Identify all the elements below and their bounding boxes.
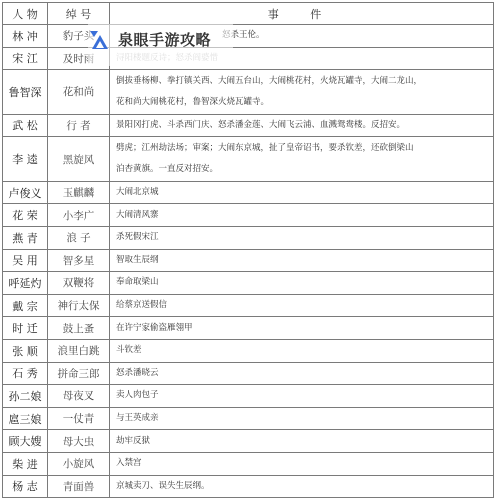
event-line: 入禁宫: [116, 453, 493, 474]
table-row: 吴 用 智多星 智取生辰纲: [3, 249, 494, 272]
character-name: 扈三娘: [3, 407, 48, 430]
table-row: 石 秀 拼命三郎 怒杀潘晓云: [3, 362, 494, 385]
event-line: 京城卖刀、误失生辰纲。: [116, 476, 493, 497]
character-name: 李 逵: [3, 137, 48, 182]
character-nickname: 智多星: [48, 249, 110, 272]
character-nickname: 神行太保: [48, 294, 110, 317]
character-name: 顾大嫂: [3, 430, 48, 453]
character-name: 林 冲: [3, 25, 48, 48]
character-name: 石 秀: [3, 362, 48, 385]
character-name: 时 迁: [3, 317, 48, 340]
document-page: 人 物 绰 号 事 件 林 冲 豹子头 怒杀王伦。 宋 江 及时雨 浔阳楼题反诗…: [2, 2, 493, 498]
table-row: 杨 志 青面兽 京城卖刀、误失生辰纲。: [3, 475, 494, 498]
character-nickname: 母大虫: [48, 430, 110, 453]
character-name: 鲁智深: [3, 70, 48, 115]
character-events: 杀死假宋江: [110, 226, 494, 249]
event-line: 怒杀潘晓云: [116, 363, 493, 384]
character-nickname: 双鞭将: [48, 272, 110, 295]
watermark-text: 泉眼手游攻略: [118, 29, 211, 50]
character-nickname: 浪里白跳: [48, 339, 110, 362]
event-line: 在许宁家偷盗雁翎甲: [116, 318, 493, 339]
event-line: 劈虎；江州劫法场；审案；大闹东京城，扯了皇帝诏书，要杀钦差，还砍倒梁山: [116, 138, 493, 159]
character-nickname: 黑旋风: [48, 137, 110, 182]
table-row: 柴 进 小旋风 入禁宫: [3, 452, 494, 475]
character-events: 在许宁家偷盗雁翎甲: [110, 317, 494, 340]
character-name: 张 顺: [3, 339, 48, 362]
character-events: 大闹北京城: [110, 181, 494, 204]
table-row: 戴 宗 神行太保 给蔡京送假信: [3, 294, 494, 317]
event-line: 卖人肉包子: [116, 385, 493, 406]
character-events: 入禁宫: [110, 452, 494, 475]
header-events: 事 件: [110, 3, 494, 25]
table-row: 顾大嫂 母大虫 劫牢反狱: [3, 430, 494, 453]
character-nickname: 母夜叉: [48, 385, 110, 408]
character-nickname: 浪 子: [48, 226, 110, 249]
table-row: 呼延灼 双鞭将 奉命取梁山: [3, 272, 494, 295]
character-nickname: 行 者: [48, 114, 110, 137]
table-row: 李 逵 黑旋风 劈虎；江州劫法场；审案；大闹东京城，扯了皇帝诏书，要杀钦差，还砍…: [3, 137, 494, 182]
character-nickname: 一仗青: [48, 407, 110, 430]
event-line: 大闹北京城: [116, 182, 493, 203]
character-events: 大闹清风寨: [110, 204, 494, 227]
table-row: 扈三娘 一仗青 与王英成亲: [3, 407, 494, 430]
event-line: 斗钦差: [116, 340, 493, 361]
character-name: 柴 进: [3, 452, 48, 475]
event-line: 花和尚大闹桃花村，鲁智深火烧瓦罐寺。: [116, 92, 493, 113]
header-character: 人 物: [3, 3, 48, 25]
character-name: 花 荣: [3, 204, 48, 227]
table-row: 卢俊义 玉麒麟 大闹北京城: [3, 181, 494, 204]
character-nickname: 小李广: [48, 204, 110, 227]
character-events: 给蔡京送假信: [110, 294, 494, 317]
event-line: 奉命取梁山: [116, 272, 493, 293]
character-name: 吴 用: [3, 249, 48, 272]
table-row: 时 迁 鼓上蚤 在许宁家偷盗雁翎甲: [3, 317, 494, 340]
triangle-logo-inner-icon: [96, 41, 104, 48]
table-row: 张 顺 浪里白跳 斗钦差: [3, 339, 494, 362]
character-events: 倒拔垂杨柳、拳打镇关西、大闹五台山，大闹桃花村，火烧瓦罐寺，大闹二龙山， 花和尚…: [110, 70, 494, 115]
header-nickname: 绰 号: [48, 3, 110, 25]
character-nickname: 拼命三郎: [48, 362, 110, 385]
event-line: 给蔡京送假信: [116, 295, 493, 316]
table-row: 花 荣 小李广 大闹清风寨: [3, 204, 494, 227]
table-row: 林 冲 豹子头 怒杀王伦。: [3, 25, 494, 48]
character-events: 怒杀潘晓云: [110, 362, 494, 385]
character-name: 宋 江: [3, 47, 48, 70]
character-name: 戴 宗: [3, 294, 48, 317]
character-name: 卢俊义: [3, 181, 48, 204]
character-events: 景阳冈打虎、斗杀西门庆、怒杀潘金莲、大闹飞云浦、血溅鸳鸯楼。反招安。: [110, 114, 494, 137]
character-name: 杨 志: [3, 475, 48, 498]
character-events: 斗钦差: [110, 339, 494, 362]
character-events: 奉命取梁山: [110, 272, 494, 295]
character-name: 孙二娘: [3, 385, 48, 408]
character-events: 劈虎；江州劫法场；审案；大闹东京城，扯了皇帝诏书，要杀钦差，还砍倒梁山 泊杏黄旗…: [110, 137, 494, 182]
table-row: 宋 江 及时雨 浔阳楼题反诗；怒杀阎婆惜: [3, 47, 494, 70]
character-nickname: 鼓上蚤: [48, 317, 110, 340]
character-name: 武 松: [3, 114, 48, 137]
event-line: 杀死假宋江: [116, 227, 493, 248]
table-row: 鲁智深 花和尚 倒拔垂杨柳、拳打镇关西、大闹五台山，大闹桃花村，火烧瓦罐寺，大闹…: [3, 70, 494, 115]
character-nickname: 花和尚: [48, 70, 110, 115]
event-line: 倒拔垂杨柳、拳打镇关西、大闹五台山，大闹桃花村，火烧瓦罐寺，大闹二龙山，: [116, 71, 493, 92]
character-name: 呼延灼: [3, 272, 48, 295]
table-row: 孙二娘 母夜叉 卖人肉包子: [3, 385, 494, 408]
character-nickname: 小旋风: [48, 452, 110, 475]
event-line: 大闹清风寨: [116, 205, 493, 226]
character-events: 卖人肉包子: [110, 385, 494, 408]
event-line: 与王英成亲: [116, 408, 493, 429]
character-table: 人 物 绰 号 事 件 林 冲 豹子头 怒杀王伦。 宋 江 及时雨 浔阳楼题反诗…: [2, 2, 494, 498]
character-events: 京城卖刀、误失生辰纲。: [110, 475, 494, 498]
character-nickname: 玉麒麟: [48, 181, 110, 204]
table-row: 燕 青 浪 子 杀死假宋江: [3, 226, 494, 249]
character-name: 燕 青: [3, 226, 48, 249]
table-row: 武 松 行 者 景阳冈打虎、斗杀西门庆、怒杀潘金莲、大闹飞云浦、血溅鸳鸯楼。反招…: [3, 114, 494, 137]
character-nickname: 青面兽: [48, 475, 110, 498]
event-line: 劫牢反狱: [116, 431, 493, 452]
event-line: 景阳冈打虎、斗杀西门庆、怒杀潘金莲、大闹飞云浦、血溅鸳鸯楼。反招安。: [116, 115, 493, 136]
character-events: 智取生辰纲: [110, 249, 494, 272]
table-header-row: 人 物 绰 号 事 件: [3, 3, 494, 25]
event-line: 智取生辰纲: [116, 250, 493, 271]
character-events: 劫牢反狱: [110, 430, 494, 453]
character-events: 与王英成亲: [110, 407, 494, 430]
event-line: 泊杏黄旗。一直反对招安。: [116, 159, 493, 180]
